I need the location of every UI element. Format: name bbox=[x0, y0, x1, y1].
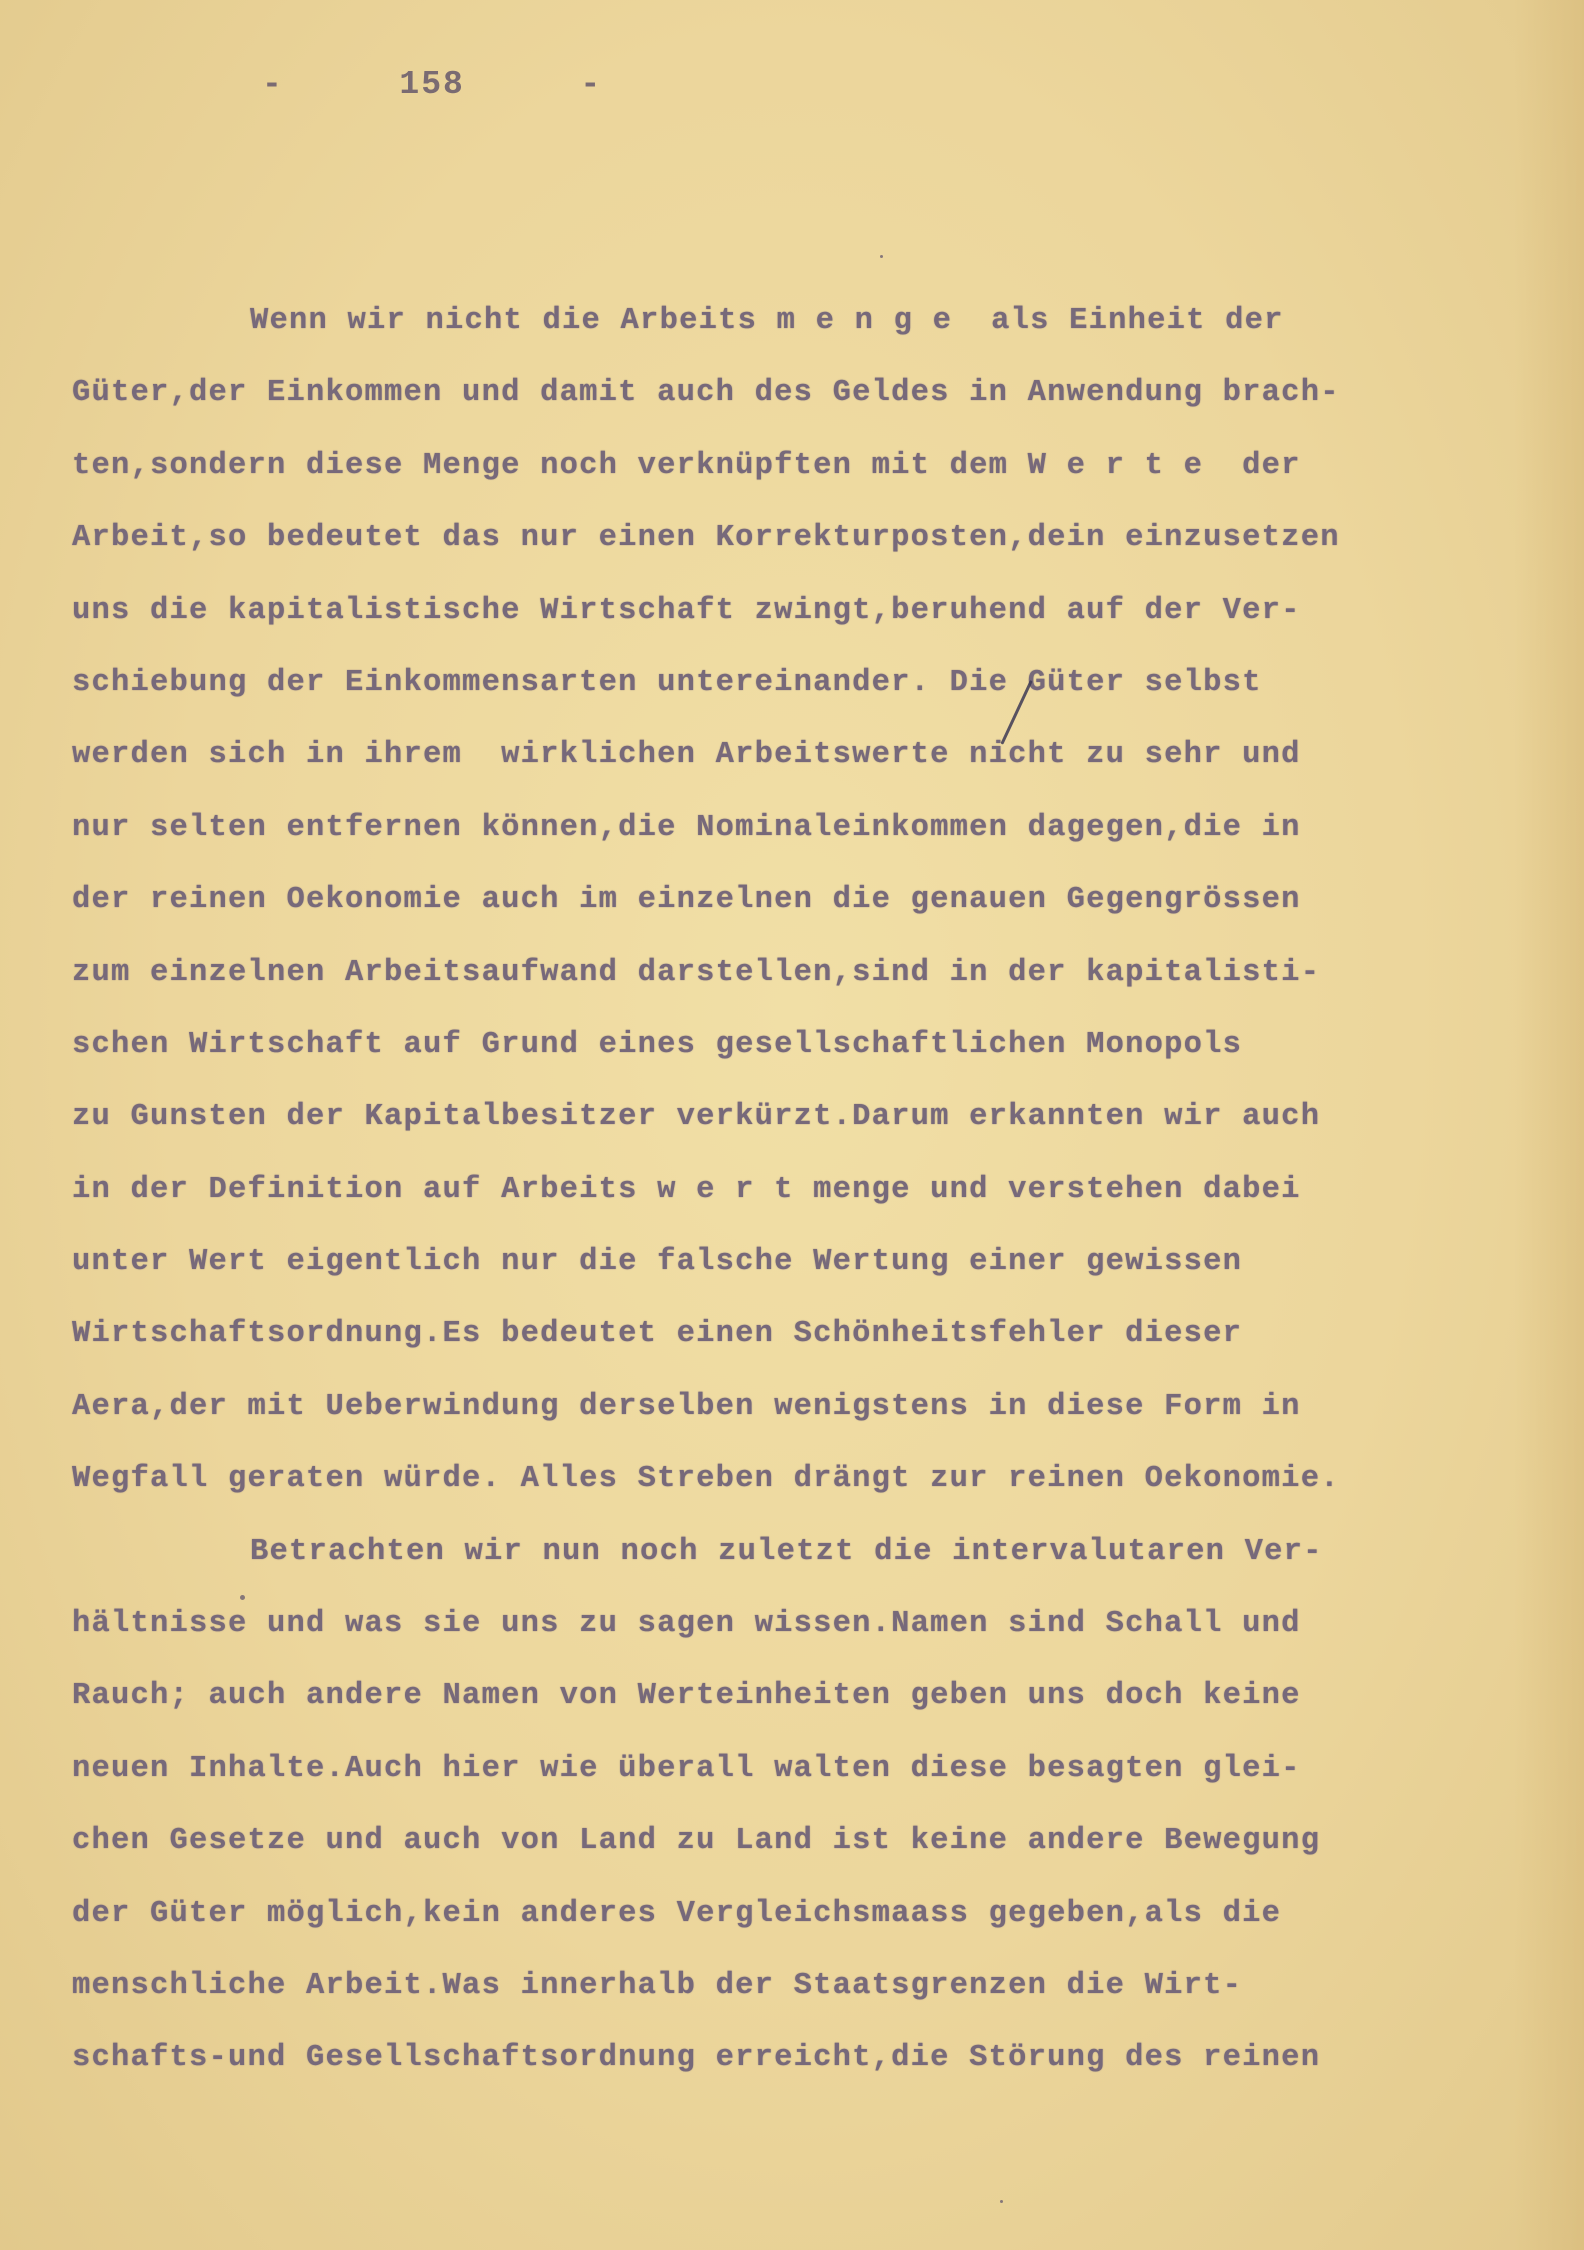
page-number: - 158 - bbox=[262, 66, 602, 103]
text-line: unter Wert eigentlich nur die falsche We… bbox=[72, 1226, 1552, 1298]
text-line: uns die kapitalistische Wirtschaft zwing… bbox=[72, 575, 1552, 647]
paper-speck bbox=[880, 255, 883, 258]
text-line: zu Gunsten der Kapitalbesitzer verkürzt.… bbox=[72, 1081, 1552, 1153]
text-line: werden sich in ihrem wirklichen Arbeitsw… bbox=[72, 719, 1552, 791]
paper-speck bbox=[1000, 2200, 1003, 2203]
text-line: Güter,der Einkommen und damit auch des G… bbox=[72, 357, 1552, 429]
text-line: Rauch; auch andere Namen von Werteinheit… bbox=[72, 1660, 1552, 1732]
text-line: menschliche Arbeit.Was innerhalb der Sta… bbox=[72, 1950, 1552, 2022]
typewritten-text: Wenn wir nicht die Arbeits m e n g e als… bbox=[72, 285, 1552, 2095]
text-line: Wirtschaftsordnung.Es bedeutet einen Sch… bbox=[72, 1298, 1552, 1370]
text-line: Betrachten wir nun noch zuletzt die inte… bbox=[72, 1516, 1552, 1588]
text-line: Aera,der mit Ueberwindung derselben weni… bbox=[72, 1371, 1552, 1443]
text-line: schafts-und Gesellschaftsordnung erreich… bbox=[72, 2022, 1552, 2094]
text-line: Wenn wir nicht die Arbeits m e n g e als… bbox=[72, 285, 1552, 357]
text-line: Arbeit,so bedeutet das nur einen Korrekt… bbox=[72, 502, 1552, 574]
text-line: ten,sondern diese Menge noch verknüpften… bbox=[72, 430, 1552, 502]
text-line: chen Gesetze und auch von Land zu Land i… bbox=[72, 1805, 1552, 1877]
text-line: Wegfall geraten würde. Alles Streben drä… bbox=[72, 1443, 1552, 1515]
text-line: der reinen Oekonomie auch im einzelnen d… bbox=[72, 864, 1552, 936]
document-page: - 158 - Wenn wir nicht die Arbeits m e n… bbox=[0, 0, 1584, 2250]
text-line: neuen Inhalte.Auch hier wie überall walt… bbox=[72, 1733, 1552, 1805]
text-line: der Güter möglich,kein anderes Vergleich… bbox=[72, 1878, 1552, 1950]
text-line: nur selten entfernen können,die Nominale… bbox=[72, 792, 1552, 864]
text-line: schiebung der Einkommensarten untereinan… bbox=[72, 647, 1552, 719]
text-line: schen Wirtschaft auf Grund eines gesells… bbox=[72, 1009, 1552, 1081]
text-line: in der Definition auf Arbeits w e r t me… bbox=[72, 1154, 1552, 1226]
text-line: hältnisse und was sie uns zu sagen wisse… bbox=[72, 1588, 1552, 1660]
paper-speck bbox=[240, 1595, 245, 1600]
text-line: zum einzelnen Arbeitsaufwand darstellen,… bbox=[72, 937, 1552, 1009]
